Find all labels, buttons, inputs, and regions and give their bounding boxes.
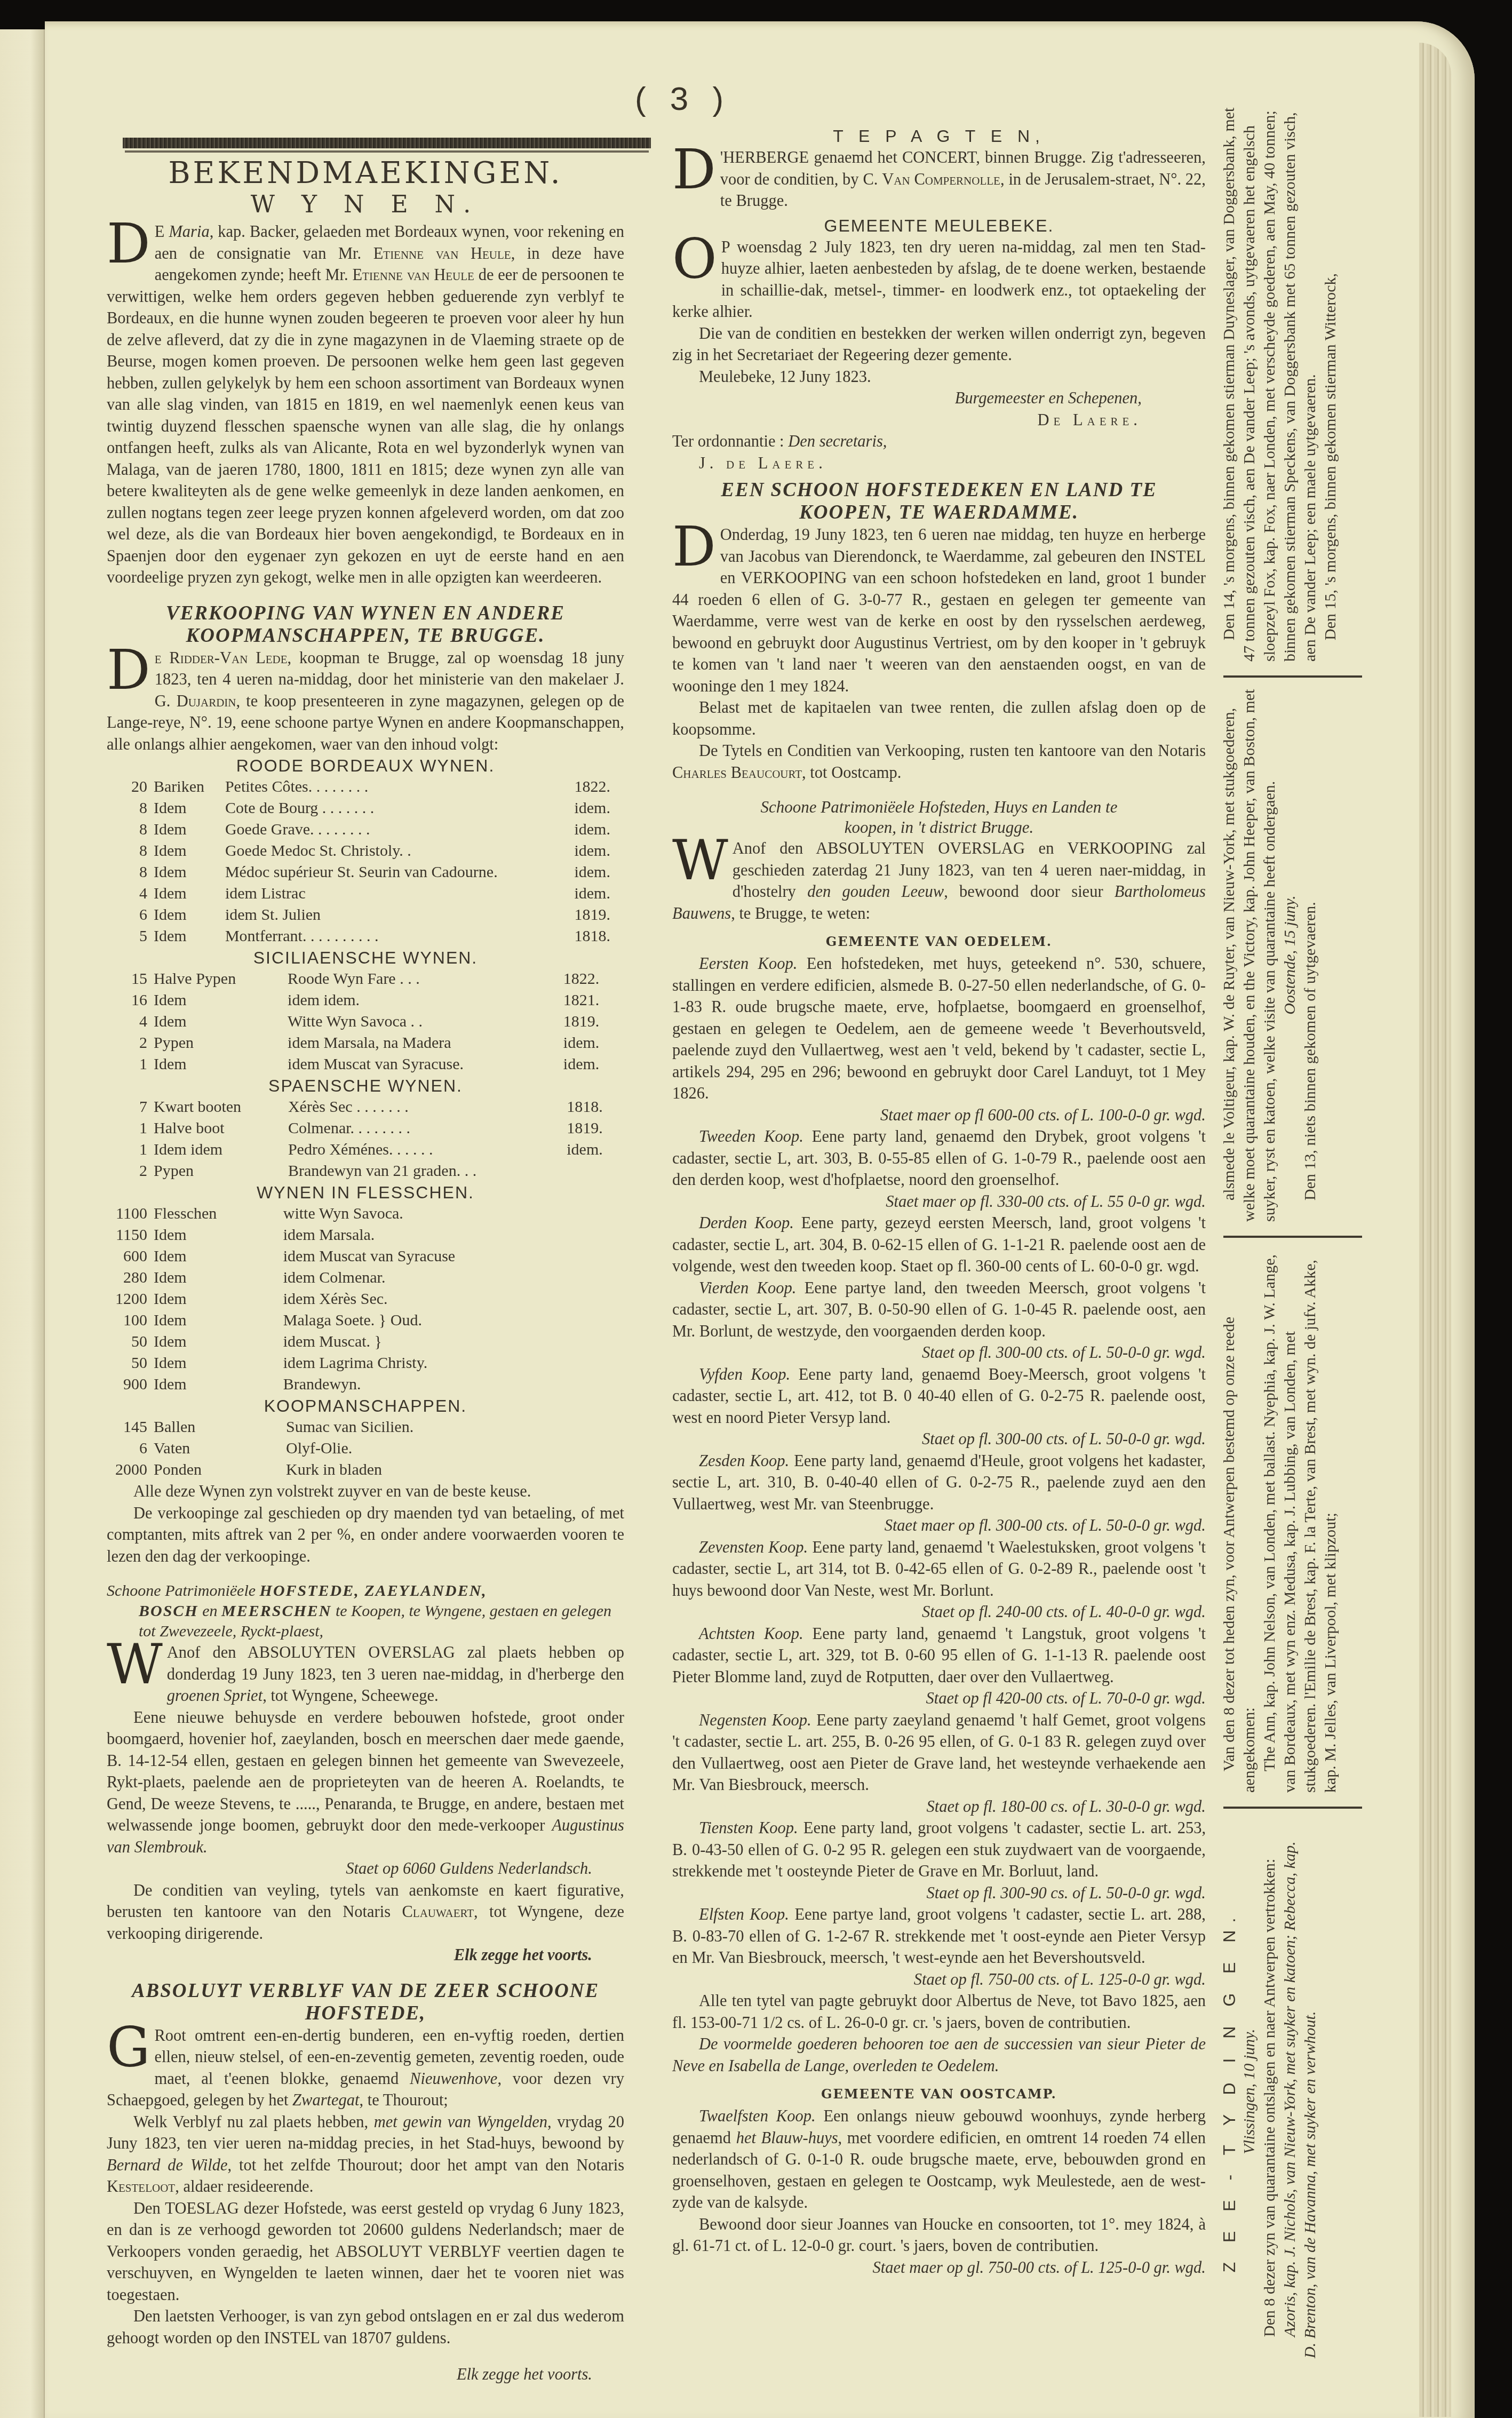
- wine-section-title: WYNEN IN FLESSCHEN.: [107, 1182, 624, 1203]
- facing-page-edge: [0, 29, 45, 2418]
- table-row: 1Halve bootColmenar. . . . . . . .1819.: [107, 1118, 624, 1139]
- zee-vlissingen: Z E E - T Y D I N G E N. Vlissingen, 10 …: [1219, 1825, 1363, 2358]
- lot-item: Tweeden Koop. Eene party land, genaemd d…: [672, 1126, 1206, 1191]
- succession-note: De voormelde goederen behooren toe aen d…: [672, 2033, 1206, 2077]
- cell-qty: 15: [107, 968, 150, 990]
- lot-item: Tiensten Koop. Eene party land, groot vo…: [672, 1817, 1206, 1882]
- notice-wine-arrival: DE Maria, kap. Backer, gelaeden met Bord…: [107, 221, 624, 588]
- cell-qty: 8: [107, 819, 150, 840]
- cell-year: idem.: [560, 1054, 624, 1075]
- cell-year: 1818.: [563, 1096, 624, 1118]
- heading-gemeente-oedelem: GEMEENTE VAN OEDELEM.: [672, 930, 1206, 953]
- heading-gemeente-oostcamp: GEMEENTE VAN OOSTCAMP.: [672, 2083, 1206, 2105]
- notice-verblyf-para4: Den laetsten Verhooger, is van zyn gebod…: [107, 2305, 624, 2349]
- lot-price: Staet op fl. 180-00 cs. of L. 30-0-0 gr.…: [672, 1796, 1206, 1818]
- lot-label: Tweeden Koop.: [699, 1127, 803, 1146]
- cell-desc: Cote de Bourg . . . . . . .: [222, 798, 571, 819]
- cell-year: [609, 1417, 624, 1438]
- table-row: 280Idemidem Colmenar.: [107, 1267, 624, 1288]
- cell-unit: Halve Pypen: [150, 968, 284, 990]
- lot-price: Staet maer op fl. 330-00 cts. of L. 55 0…: [672, 1191, 1206, 1213]
- heading-absoluyt-verblyf: ABSOLUYT VERBLYF VAN DE ZEER SCHOONE HOF…: [107, 1980, 624, 2025]
- lot-label: Zesden Koop.: [699, 1452, 789, 1470]
- notice-wine-sale-intro: De Ridder-Van Lede, koopman te Brugge, z…: [107, 647, 624, 755]
- cell-desc: Brandewyn van 21 graden. . .: [285, 1160, 563, 1182]
- cell-desc: idem Marsala, na Madera: [284, 1032, 560, 1054]
- cell-qty: 6: [107, 1438, 150, 1459]
- table-row: 6Idemidem St. Julien1819.: [107, 904, 624, 926]
- cell-qty: 50: [107, 1353, 150, 1374]
- table-row: 7Kwart bootenXérès Sec . . . . . . .1818…: [107, 1096, 624, 1118]
- lot-12-occupant: Bewoond door sieur Joannes van Houcke en…: [672, 2214, 1206, 2257]
- cell-unit: Flesschen: [150, 1203, 280, 1224]
- table-row: 2Pypenidem Marsala, na Maderaidem.: [107, 1032, 624, 1054]
- cell-desc: Olyf-Olie.: [283, 1438, 609, 1459]
- wine-section-title: SPAENSCHE WYNEN.: [107, 1075, 624, 1096]
- cell-desc: Xérès Sec . . . . . . .: [285, 1096, 563, 1118]
- lot-price: Staet op fl 420-00 cts. of L. 70-0-0 gr.…: [672, 1688, 1206, 1709]
- cell-unit: Idem: [150, 904, 222, 926]
- cell-qty: 4: [107, 883, 150, 904]
- heading-verkooping-wynen: VERKOOPING VAN WYNEN EN ANDERE KOOPMANSC…: [107, 602, 624, 647]
- cell-unit: Ballen: [150, 1417, 283, 1438]
- cell-unit: Idem: [150, 840, 222, 862]
- cell-desc: idem Muscat. }: [280, 1331, 612, 1353]
- cell-year: idem.: [571, 840, 624, 862]
- heading-hofstede-wyngene: Schoone Patrimoniëele HOFSTEDE, ZAEYLAND…: [107, 1581, 624, 1642]
- cell-year: 1822.: [560, 968, 624, 990]
- lot-item: Zesden Koop. Eene party land, genaemd d'…: [672, 1450, 1206, 1515]
- cell-unit: Idem: [150, 1353, 280, 1374]
- wine-table: 20BarikenPetites Côtes. . . . . . . .182…: [107, 776, 624, 947]
- lot-label: Vyfden Koop.: [699, 1365, 790, 1383]
- cell-unit: Idem: [150, 926, 222, 947]
- table-row: 20BarikenPetites Côtes. . . . . . . .182…: [107, 776, 624, 798]
- cell-desc: idem Listrac: [222, 883, 571, 904]
- cell-year: 1818.: [571, 926, 624, 947]
- lot-12: Twaelfsten Koop. Een onlangs nieuw gebou…: [672, 2105, 1206, 2214]
- notice-herberge-concert: D'HERBERGE genaemd het CONCERT, binnen B…: [672, 147, 1206, 212]
- table-row: 4IdemWitte Wyn Savoca . .1819.: [107, 1011, 624, 1032]
- cell-desc: idem Muscat van Syracuse: [280, 1246, 612, 1267]
- cell-qty: 7: [107, 1096, 150, 1118]
- cell-qty: 16: [107, 990, 150, 1011]
- wine-table: 145BallenSumac van Sicilien.6VatenOlyf-O…: [107, 1417, 624, 1481]
- cell-desc: idem Lagrima Christy.: [280, 1353, 612, 1374]
- column-divider: [1223, 1807, 1362, 1809]
- table-row: 2PypenBrandewyn van 21 graden. . .: [107, 1160, 624, 1182]
- wine-sale-closing-2: De verkoopinge zal geschieden op dry mae…: [107, 1502, 624, 1568]
- lot-item: Negensten Koop. Eene party zaeyland gena…: [672, 1709, 1206, 1796]
- cell-desc: Médoc supérieur St. Seurin van Cadourne.: [222, 862, 571, 883]
- cell-year: idem.: [571, 883, 624, 904]
- table-row: 900IdemBrandewyn.: [107, 1374, 624, 1395]
- page-stack-edge: [1419, 43, 1451, 2417]
- lot-label: Negensten Koop.: [699, 1711, 811, 1729]
- cell-qty: 1: [107, 1139, 150, 1160]
- signed-by: Burgemeester en Schepenen,: [672, 387, 1206, 409]
- cell-desc: Pedro Xéménes. . . . . .: [285, 1139, 563, 1160]
- lease-terms: Alle ten tytel van pagte gebruykt door A…: [672, 1990, 1206, 2033]
- table-row: 50Idemidem Lagrima Christy.: [107, 1353, 624, 1374]
- table-row: 100IdemMalaga Soete. } Oud.: [107, 1310, 624, 1331]
- table-row: 16Idemidem idem.1821.: [107, 990, 624, 1011]
- lot-label: Eersten Koop.: [699, 955, 797, 973]
- table-row: 1Idemidem Muscat van Syracuse.idem.: [107, 1054, 624, 1075]
- closing-elk-zegge: Elk zegge het voorts.: [107, 1944, 624, 1966]
- notice-verblyf-para3: Den TOESLAG dezer Hofstede, was eerst ge…: [107, 2198, 624, 2306]
- table-row: 8IdemGoede Medoc St. Christoly. .idem.: [107, 840, 624, 862]
- lot-item: Derden Koop. Eene party, gezeyd eersten …: [672, 1212, 1206, 1277]
- cell-year: [609, 1438, 624, 1459]
- lot-price: Staet maer op fl. 300-00 cts. of L. 50-0…: [672, 1515, 1206, 1537]
- cell-desc: idem Colmenar.: [280, 1267, 612, 1288]
- cell-unit: Idem: [150, 1310, 280, 1331]
- cell-desc: idem Muscat van Syracuse.: [284, 1054, 560, 1075]
- cell-desc: idem idem.: [284, 990, 560, 1011]
- lot-price: Staet op fl. 300-00 cts. of L. 50-0-0 gr…: [672, 1428, 1206, 1450]
- cell-unit: Idem: [150, 1246, 280, 1267]
- cell-desc: Kurk in bladen: [283, 1459, 609, 1481]
- cell-year: [612, 1203, 624, 1224]
- subheading-wynen: W Y N E N.: [107, 191, 624, 219]
- lot-12-price: Staet maer op gl. 750-00 cts. of L. 125-…: [672, 2257, 1206, 2279]
- cell-qty: 6: [107, 904, 150, 926]
- cell-qty: 600: [107, 1246, 150, 1267]
- secretary-signature: J. de Laere.: [672, 452, 1206, 474]
- cell-unit: Halve boot: [150, 1118, 285, 1139]
- cell-unit: Idem: [150, 819, 222, 840]
- zee-oostende: alsmede le Voltigeur, kap. W. de Ruyter,…: [1219, 688, 1363, 1222]
- notice-hofstede-para1: WAnof den ABSOLUYTEN OVERSLAG zal plaets…: [107, 1642, 624, 1707]
- cell-qty: 20: [107, 776, 150, 798]
- cell-unit: Idem: [150, 1011, 284, 1032]
- cell-qty: 2000: [107, 1459, 150, 1481]
- cell-year: idem.: [560, 1032, 624, 1054]
- signature-de-laere: De Laere.: [672, 409, 1206, 431]
- lot-item: Eersten Koop. Een hofstedeken, met huys,…: [672, 953, 1206, 1104]
- lot-label: Vierden Koop.: [699, 1279, 796, 1297]
- cell-unit: Idem: [150, 1054, 284, 1075]
- header-rule: [123, 138, 651, 150]
- table-row: 6VatenOlyf-Olie.: [107, 1438, 624, 1459]
- closing-elk-zegge-2: Elk zegge het voorts.: [107, 2364, 624, 2385]
- cell-year: 1821.: [560, 990, 624, 1011]
- notice-waerdamme-para3: De Tytels en Conditien van Verkooping, r…: [672, 740, 1206, 783]
- lot-description: Een hofstedeken, met huys, geteekend n°.…: [672, 955, 1206, 1102]
- cell-qty: 1200: [107, 1288, 150, 1310]
- cell-qty: 4: [107, 1011, 150, 1032]
- cell-desc: Colmenar. . . . . . . .: [285, 1118, 563, 1139]
- table-row: 145BallenSumac van Sicilien.: [107, 1417, 624, 1438]
- cell-qty: 50: [107, 1331, 150, 1353]
- cell-qty: 900: [107, 1374, 150, 1395]
- table-row: 4Idemidem Listracidem.: [107, 883, 624, 904]
- cell-desc: Goede Grave. . . . . . . .: [222, 819, 571, 840]
- lot-price: Staet maer op fl 600-00 cts. of L. 100-0…: [672, 1104, 1206, 1126]
- cell-qty: 8: [107, 798, 150, 819]
- ter-ordonnantie: Ter ordonnantie : Den secretaris,: [672, 431, 1206, 452]
- cell-year: [612, 1331, 624, 1353]
- cell-unit: Kwart booten: [150, 1096, 285, 1118]
- cell-qty: 5: [107, 926, 150, 947]
- lot-label: Elfsten Koop.: [699, 1905, 789, 1923]
- table-row: 2000PondenKurk in bladen: [107, 1459, 624, 1481]
- table-row: 5IdemMontferrant. . . . . . . . . .1818.: [107, 926, 624, 947]
- cell-year: [612, 1267, 624, 1288]
- wine-inventory: ROODE BORDEAUX WYNEN.20BarikenPetites Cô…: [107, 755, 624, 1481]
- cell-desc: idem St. Julien: [222, 904, 571, 926]
- right-column: T E P A G T E N, D'HERBERGE genaemd het …: [672, 125, 1206, 2278]
- cell-year: [612, 1246, 624, 1267]
- heading-hofstedeken-waerdamme: EEN SCHOON HOFSTEDEKEN EN LAND TE KOOPEN…: [672, 479, 1206, 524]
- cell-year: [612, 1224, 624, 1246]
- cell-qty: 1: [107, 1118, 150, 1139]
- cell-unit: Idem: [150, 1224, 280, 1246]
- column-divider: [1223, 675, 1362, 678]
- lot-label: Tiensten Koop.: [699, 1819, 798, 1837]
- cell-year: idem.: [571, 862, 624, 883]
- cell-year: [612, 1288, 624, 1310]
- cell-qty: 1150: [107, 1224, 150, 1246]
- notice-hofstede-para3: De conditien van veyling, tytels van aen…: [107, 1880, 624, 1945]
- cell-unit: Pypen: [150, 1160, 285, 1182]
- cell-unit: Idem: [150, 1374, 280, 1395]
- cell-desc: Sumac van Sicilien.: [283, 1417, 609, 1438]
- margin-column-zee-tydingen: Z E E - T Y D I N G E N. Vlissingen, 10 …: [1219, 80, 1363, 2374]
- cell-qty: 280: [107, 1267, 150, 1288]
- lot-item: Zevensten Koop. Eene party land, genaemd…: [672, 1537, 1206, 1602]
- cell-unit: Idem: [150, 798, 222, 819]
- column-divider: [1223, 1236, 1362, 1238]
- notice-waerdamme-para2: Belast met de kapitaelen van twee renten…: [672, 697, 1206, 740]
- left-column: BEKENDMAEKINGEN. W Y N E N. DE Maria, ka…: [107, 155, 624, 2385]
- wine-sale-closing-1: Alle deze Wynen zyn volstrekt zuyver en …: [107, 1481, 624, 1502]
- heading-te-pagten: T E P A G T E N,: [672, 125, 1206, 147]
- cell-year: [612, 1374, 624, 1395]
- notice-verblyf-para1: GRoot omtrent een-en-dertig bunderen, ee…: [107, 2025, 624, 2111]
- wine-section-title: KOOPMANSCHAPPEN.: [107, 1395, 624, 1417]
- cell-year: 1822.: [571, 776, 624, 798]
- heading-zee-tydingen: Z E E - T Y D I N G E N.: [1219, 1825, 1239, 2358]
- lot-label: Zevensten Koop.: [699, 1538, 808, 1556]
- cell-desc: Goede Medoc St. Christoly. .: [222, 840, 571, 862]
- wine-section-title: SICILIAENSCHE WYNEN.: [107, 947, 624, 968]
- vlissingen-dateline: Vlissingen, 10 juny.: [1239, 1825, 1260, 2358]
- table-row: 1Idem idemPedro Xéménes. . . . . .idem.: [107, 1139, 624, 1160]
- cell-unit: Idem: [150, 1288, 280, 1310]
- lot-price: Staet op fl. 300-00 cts. of L. 50-0-0 gr…: [672, 1342, 1206, 1364]
- heading-gemeente-meulebeke: GEMEENTE MEULEBEKE.: [672, 215, 1206, 236]
- lots-list: Eersten Koop. Een hofstedeken, met huys,…: [672, 953, 1206, 1990]
- lot-label: Achtsten Koop.: [699, 1625, 803, 1643]
- wine-section-title: ROODE BORDEAUX WYNEN.: [107, 755, 624, 776]
- cell-qty: 1: [107, 1054, 150, 1075]
- cell-year: [563, 1160, 624, 1182]
- cell-desc: idem Marsala.: [280, 1224, 612, 1246]
- cell-unit: Bariken: [150, 776, 222, 798]
- zee-oostende-arrivals: Den 14, 's morgens, binnen gekomen stier…: [1219, 96, 1363, 662]
- cell-unit: Pypen: [150, 1032, 284, 1054]
- cell-year: 1819.: [560, 1011, 624, 1032]
- cell-unit: Idem: [150, 862, 222, 883]
- cell-desc: Brandewyn.: [280, 1374, 612, 1395]
- cell-qty: 1100: [107, 1203, 150, 1224]
- lot-item: Vyfden Koop. Eene party land, genaemd Bo…: [672, 1364, 1206, 1429]
- cell-year: 1819.: [563, 1118, 624, 1139]
- cell-unit: Idem idem: [150, 1139, 285, 1160]
- table-row: 8IdemMédoc supérieur St. Seurin van Cado…: [107, 862, 624, 883]
- notice-meulebeke-para1: OP woensdag 2 July 1823, ten dry ueren n…: [672, 236, 1206, 323]
- dropcap: D: [107, 223, 150, 266]
- section-heading-bekendmaekingen: BEKENDMAEKINGEN.: [107, 156, 624, 191]
- cell-unit: Vaten: [150, 1438, 283, 1459]
- table-row: 1150Idemidem Marsala.: [107, 1224, 624, 1246]
- lot-item: Elfsten Koop. Eene partye land, groot vo…: [672, 1904, 1206, 1969]
- table-row: 8IdemGoede Grave. . . . . . . .idem.: [107, 819, 624, 840]
- zee-antwerp-arrivals: Van den 8 dezer tot heden zyn, voor Antw…: [1219, 1248, 1363, 1793]
- cell-qty: 145: [107, 1417, 150, 1438]
- meulebeke-dateline: Meulebeke, 12 Juny 1823.: [672, 366, 1206, 388]
- cell-desc: Roode Wyn Fare . . .: [284, 968, 560, 990]
- table-row: 50Idemidem Muscat. }: [107, 1331, 624, 1353]
- lot-item: Vierden Koop. Eene partye land, den twee…: [672, 1277, 1206, 1342]
- cell-desc: witte Wyn Savoca.: [280, 1203, 612, 1224]
- cell-year: idem.: [571, 819, 624, 840]
- cell-desc: Witte Wyn Savoca . .: [284, 1011, 560, 1032]
- table-row: 15Halve PypenRoode Wyn Fare . . .1822.: [107, 968, 624, 990]
- cell-qty: 2: [107, 1160, 150, 1182]
- cell-unit: Idem: [150, 1267, 280, 1288]
- notice-waerdamme-para1: DOnderdag, 19 Juny 1823, ten 6 ueren nae…: [672, 524, 1206, 697]
- wine-table: 15Halve PypenRoode Wyn Fare . . .1822.16…: [107, 968, 624, 1075]
- table-row: 1200Idemidem Xérès Sec.: [107, 1288, 624, 1310]
- wine-table: 1100Flesschenwitte Wyn Savoca.1150Idemid…: [107, 1203, 624, 1395]
- table-row: 600Idemidem Muscat van Syracuse: [107, 1246, 624, 1267]
- cell-qty: 100: [107, 1310, 150, 1331]
- page-number: ( 3 ): [635, 80, 731, 118]
- lot-item: Achtsten Koop. Eene party land, genaemd …: [672, 1623, 1206, 1688]
- cell-desc: Petites Côtes. . . . . . . .: [222, 776, 571, 798]
- wine-table: 7Kwart bootenXérès Sec . . . . . . .1818…: [107, 1096, 624, 1182]
- table-row: 1100Flesschenwitte Wyn Savoca.: [107, 1203, 624, 1224]
- notice-verblyf-para2: Welk Verblyf nu zal plaets hebben, met g…: [107, 2111, 624, 2198]
- cell-unit: Idem: [150, 883, 222, 904]
- cell-qty: 2: [107, 1032, 150, 1054]
- hofstede-price: Staet op 6060 Guldens Nederlandsch.: [107, 1858, 624, 1880]
- cell-desc: idem Xérès Sec.: [280, 1288, 612, 1310]
- cell-year: idem.: [571, 798, 624, 819]
- cell-year: [609, 1459, 624, 1481]
- notice-brugge-intro: WAnof den ABSOLUYTEN OVERSLAG en VERKOOP…: [672, 838, 1206, 924]
- cell-year: idem.: [563, 1139, 624, 1160]
- cell-unit: Idem: [150, 1331, 280, 1353]
- cell-qty: 8: [107, 840, 150, 862]
- cell-desc: Malaga Soete. } Oud.: [280, 1310, 612, 1331]
- cell-unit: Ponden: [150, 1459, 283, 1481]
- heading-hofsteden-brugge: Schoone Patrimoniëele Hofsteden, Huys en…: [672, 797, 1206, 838]
- cell-year: [612, 1310, 624, 1331]
- lot-label: Derden Koop.: [699, 1214, 794, 1232]
- lot-price: Staet op fl. 750-00 cts. of L. 125-0-0 g…: [672, 1969, 1206, 1991]
- cell-year: 1819.: [571, 904, 624, 926]
- table-row: 8IdemCote de Bourg . . . . . . .idem.: [107, 798, 624, 819]
- notice-meulebeke-para2: Die van de conditien en bestekken der we…: [672, 323, 1206, 366]
- lot-price: Staet op fl. 300-90 cs. of L. 50-0-0 gr.…: [672, 1882, 1206, 1904]
- notice-hofstede-para2: Eene nieuwe behuysde en verdere bebouwen…: [107, 1707, 624, 1858]
- cell-desc: Montferrant. . . . . . . . . .: [222, 926, 571, 947]
- cell-qty: 8: [107, 862, 150, 883]
- cell-year: [612, 1353, 624, 1374]
- lot-price: Staet op fl. 240-00 cts. of L. 40-0-0 gr…: [672, 1601, 1206, 1623]
- cell-unit: Idem: [150, 990, 284, 1011]
